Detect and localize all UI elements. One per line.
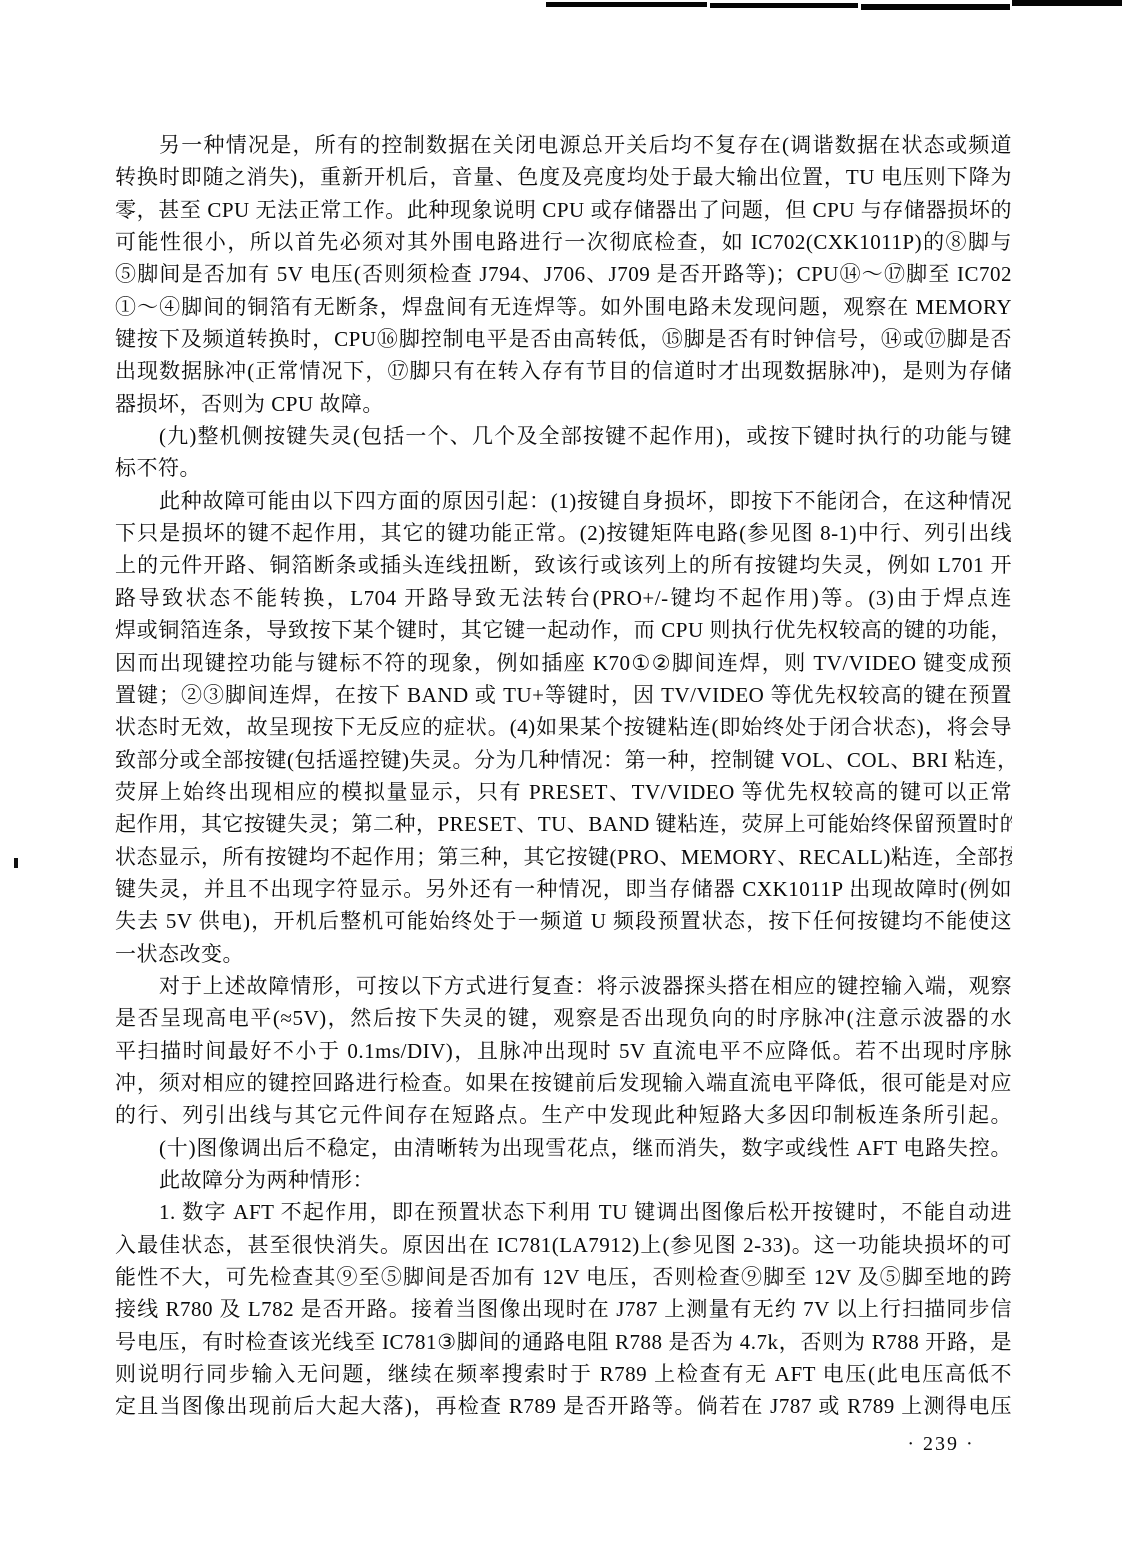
text-line: 冲，须对相应的键控回路进行检查。如果在按键前后发现输入端直流电平降低，很可能是对… (115, 1067, 1012, 1099)
scan-edge-mark (861, 4, 1010, 10)
scanned-document-page: 另一种情况是，所有的控制数据在关闭电源总开关后均不复存在(调谐数据在状态或频道 … (0, 0, 1122, 1568)
text-line: 则说明行同步输入无问题，继续在频率搜索时于 R789 上检查有无 AFT 电压(… (115, 1358, 1012, 1390)
text-line: 因而出现键控功能与键标不符的现象，例如插座 K70①②脚间连焊，则 TV/VID… (115, 647, 1012, 679)
text-line: 入最佳状态，甚至很快消失。原因出在 IC781(LA7912)上(参见图 2-3… (115, 1229, 1012, 1261)
text-line: 1. 数字 AFT 不起作用，即在预置状态下利用 TU 键调出图像后松开按键时，… (115, 1196, 1012, 1228)
text-line: 起作用，其它按键失灵；第二种，PRESET、TU、BAND 键粘连，荧屏上可能始… (115, 808, 1012, 840)
page-number: · 239 · (886, 1433, 996, 1456)
scan-speck-mark (14, 858, 18, 868)
text-line: 一状态改变。 (115, 938, 1012, 970)
text-line: 路导致状态不能转换，L704 开路导致无法转台(PRO+/-键均不起作用)等。(… (115, 582, 1012, 614)
text-line: ⑤脚间是否加有 5V 电压(否则须检查 J794、J706、J709 是否开路等… (115, 258, 1012, 290)
text-line: 转换时即随之消失)，重新开机后，音量、色度及亮度均处于最大输出位置，TU 电压则… (115, 161, 1012, 193)
text-line: 致部分或全部按键(包括遥控键)失灵。分为几种情况：第一种，控制键 VOL、COL… (115, 744, 1012, 776)
text-line: 置键；②③脚间连焊，在按下 BAND 或 TU+等键时，因 TV/VIDEO 等… (115, 679, 1012, 711)
text-line: 焊或铜箔连条，导致按下某个键时，其它键一起动作，而 CPU 则执行优先权较高的键… (115, 614, 1012, 646)
text-line: 器损坏，否则为 CPU 故障。 (115, 388, 1012, 420)
text-line: 可能性很小，所以首先必须对其外围电路进行一次彻底检查，如 IC702(CXK10… (115, 226, 1012, 258)
text-line: 状态显示，所有按键均不起作用；第三种，其它按键(PRO、MEMORY、RECAL… (115, 841, 1012, 873)
text-line: 上的元件开路、铜箔断条或插头连线扭断，致该行或该列上的所有按键均失灵，例如 L7… (115, 549, 1012, 581)
text-line: 下只是损坏的键不起作用，其它的键功能正常。(2)按键矩阵电路(参见图 8-1)中… (115, 517, 1012, 549)
text-line: 接线 R780 及 L782 是否开路。接着当图像出现时在 J787 上测量有无… (115, 1293, 1012, 1325)
text-line: 定且当图像出现前后大起大落)，再检查 R789 是否开路等。倘若在 J787 或… (115, 1390, 1012, 1422)
text-line: 零，甚至 CPU 无法正常工作。此种现象说明 CPU 或存储器出了问题，但 CP… (115, 194, 1012, 226)
text-line: 出现数据脉冲(正常情况下，⑰脚只有在转入存有节目的信道时才出现数据脉冲)，是则为… (115, 355, 1012, 387)
scan-edge-mark (710, 3, 858, 8)
text-line: 的行、列引出线与其它元件间存在短路点。生产中发现此种短路大多因印制板连条所引起。 (115, 1099, 1012, 1131)
text-line: (九)整机侧按键失灵(包括一个、几个及全部按键不起作用)，或按下键时执行的功能与… (115, 420, 1012, 452)
text-line: 荧屏上始终出现相应的模拟量显示，只有 PRESET、TV/VIDEO 等优先权较… (115, 776, 1012, 808)
text-line: 平扫描时间最好不小于 0.1ms/DIV)，且脉冲出现时 5V 直流电平不应降低… (115, 1035, 1012, 1067)
text-line: 号电压，有时检查该光线至 IC781③脚间的通路电阻 R788 是否为 4.7k… (115, 1326, 1012, 1358)
document-body-text: 另一种情况是，所有的控制数据在关闭电源总开关后均不复存在(调谐数据在状态或频道 … (115, 129, 1012, 1423)
scan-edge-mark (546, 2, 707, 7)
text-line: (十)图像调出后不稳定，由清晰转为出现雪花点，继而消失，数字或线性 AFT 电路… (115, 1132, 1012, 1164)
text-line: 能性不大，可先检查其⑨至⑤脚间是否加有 12V 电压，否则检查⑨脚至 12V 及… (115, 1261, 1012, 1293)
text-line: 键失灵，并且不出现字符显示。另外还有一种情况，即当存储器 CXK1011P 出现… (115, 873, 1012, 905)
text-line: 对于上述故障情形，可按以下方式进行复查：将示波器探头搭在相应的键控输入端，观察 (115, 970, 1012, 1002)
text-line: ①～④脚间的铜箔有无断条，焊盘间有无连焊等。如外围电路未发现问题，观察在 MEM… (115, 291, 1012, 323)
scan-edge-mark (1012, 0, 1122, 6)
text-line: 失去 5V 供电)，开机后整机可能始终处于一频道 U 频段预置状态，按下任何按键… (115, 905, 1012, 937)
text-line: 另一种情况是，所有的控制数据在关闭电源总开关后均不复存在(调谐数据在状态或频道 (115, 129, 1012, 161)
text-line: 标不符。 (115, 452, 1012, 484)
text-line: 状态时无效，故呈现按下无反应的症状。(4)如果某个按键粘连(即始终处于闭合状态)… (115, 711, 1012, 743)
text-line: 键按下及频道转换时，CPU⑯脚控制电平是否由高转低，⑮脚是否有时钟信号，⑭或⑰脚… (115, 323, 1012, 355)
text-line: 是否呈现高电平(≈5V)，然后按下失灵的键，观察是否出现负向的时序脉冲(注意示波… (115, 1002, 1012, 1034)
text-line: 此故障分为两种情形： (115, 1164, 1012, 1196)
text-line: 此种故障可能由以下四方面的原因引起：(1)按键自身损坏，即按下不能闭合，在这种情… (115, 485, 1012, 517)
